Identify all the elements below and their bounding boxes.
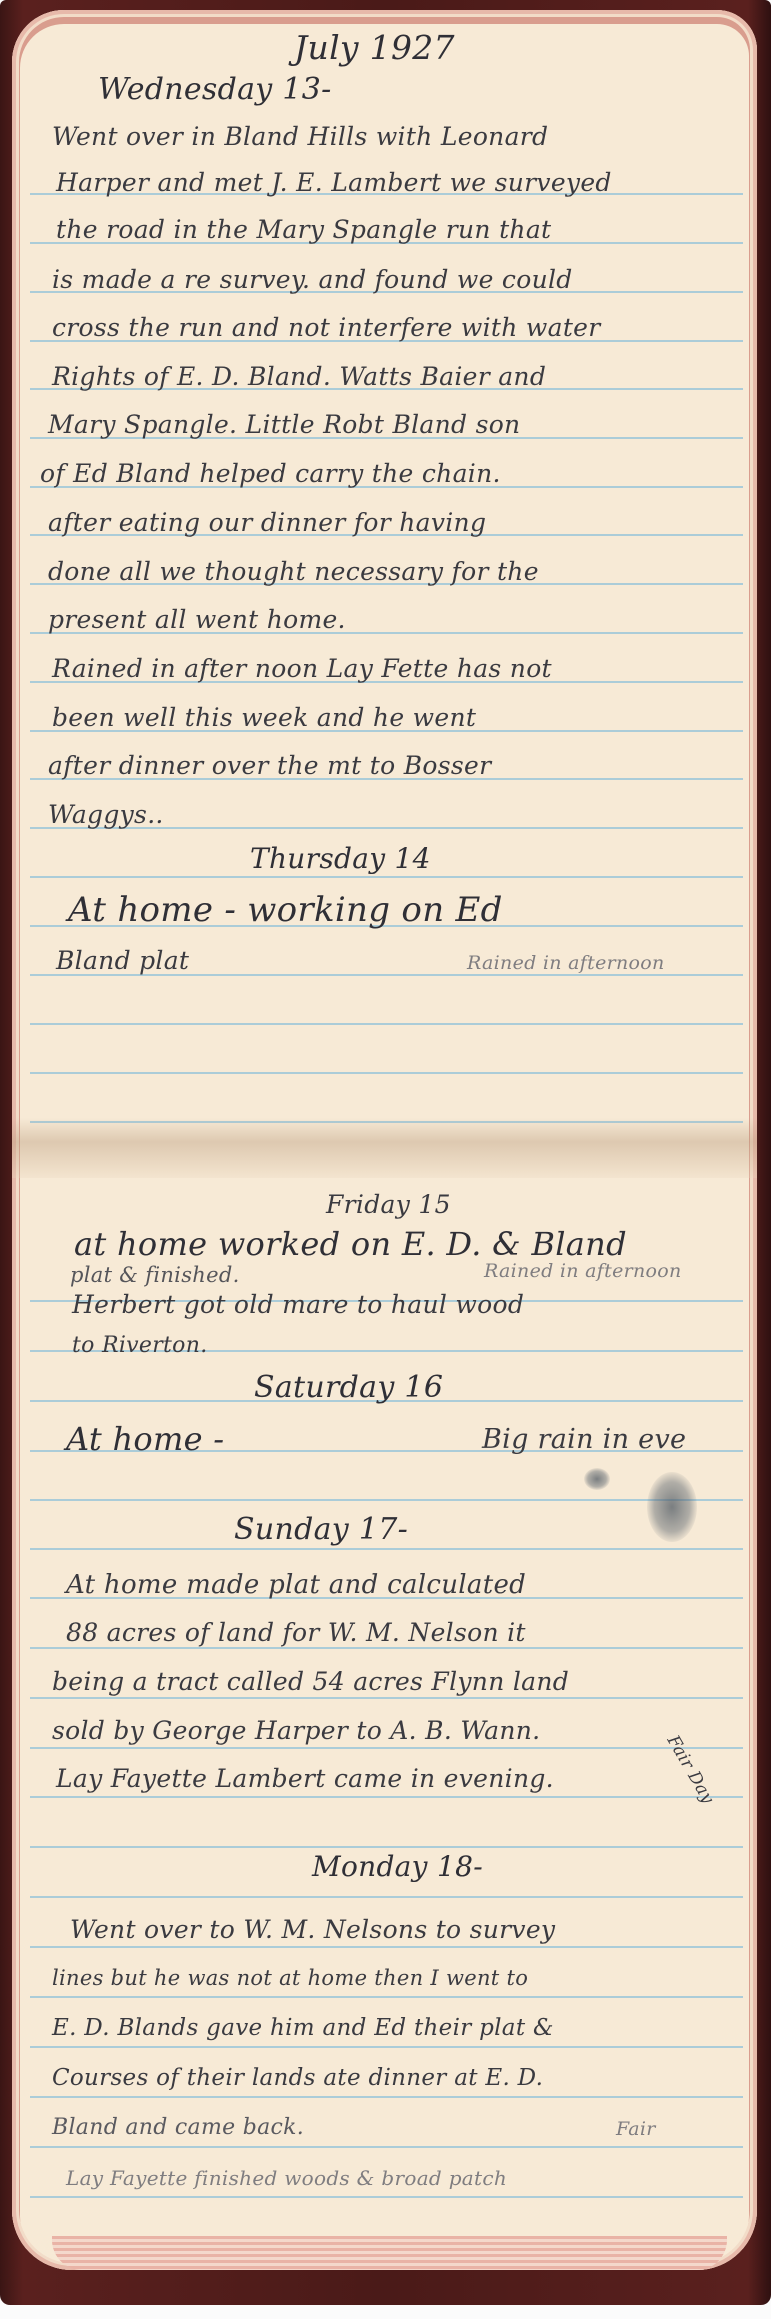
rule-line [30, 1747, 743, 1749]
rule-line [30, 1023, 743, 1025]
entry-line: Bland and came back. [52, 2115, 304, 2140]
entry-line: is made a re survey. and found we could [52, 265, 573, 294]
entry-line: Rights of E. D. Bland. Watts Baier and [52, 362, 546, 391]
rule-line [30, 1499, 743, 1501]
entry-line: being a tract called 54 acres Flynn land [52, 1667, 569, 1696]
entry-day-heading: Thursday 14 [250, 842, 431, 875]
rule-line [30, 1996, 743, 1998]
entry-line: Waggys.. [48, 800, 164, 829]
weather-note: Rained in afternoon [467, 952, 665, 974]
entry-line: Harper and met J. E. Lambert we surveyed [56, 168, 612, 197]
entry-line: been well this week and he went [52, 703, 476, 732]
entry-line: Mary Spangle. Little Robt Bland son [48, 410, 520, 439]
entry-line: Courses of their lands ate dinner at E. … [52, 2065, 543, 2091]
entry-line: Went over to W. M. Nelsons to survey [70, 1915, 555, 1944]
entry-line: At home - [66, 1420, 224, 1458]
rule-line [30, 1796, 743, 1798]
entry-line: after eating our dinner for having [48, 508, 486, 537]
entry-day-heading: Wednesday 13- [98, 72, 332, 107]
diary-page: July 1927 Wednesday 13- Went over in Bla… [12, 10, 757, 2270]
rule-line [30, 1946, 743, 1948]
entry-line: Went over in Bland Hills with Leonard [52, 122, 548, 151]
rule-line [30, 1846, 743, 1848]
entry-line: to Riverton. [72, 1333, 208, 1358]
rule-line [30, 1647, 743, 1649]
ink-blot [584, 1468, 610, 1490]
entry-line: lines but he was not at home then I went… [52, 1966, 528, 1990]
entry-line: 88 acres of land for W. M. Nelson it [66, 1618, 526, 1647]
rule-line [30, 1548, 743, 1550]
entry-line: sold by George Harper to A. B. Wann. [52, 1716, 540, 1745]
entry-line: of Ed Bland helped carry the chain. [40, 459, 501, 488]
ink-blot [647, 1472, 697, 1542]
entry-line: after dinner over the mt to Bosser [48, 751, 491, 780]
rule-line [30, 2096, 743, 2098]
rule-line [30, 1072, 743, 1074]
entry-line: the road in the Mary Spangle run that [56, 215, 551, 244]
entry-line: cross the run and not interfere with wat… [52, 313, 601, 342]
entry-line: E. D. Blands gave him and Ed their plat … [52, 2015, 554, 2041]
page-gutter [12, 1118, 757, 1178]
entry-day-heading: Saturday 16 [254, 1370, 443, 1405]
weather-note: Big rain in eve [482, 1424, 686, 1455]
entry-line: At home - working on Ed [68, 890, 503, 930]
page-title: July 1927 [294, 28, 455, 67]
entry-line: Herbert got old mare to haul wood [72, 1290, 524, 1319]
entry-day-heading: Friday 15 [326, 1190, 451, 1219]
entry-line: done all we thought necessary for the [48, 557, 539, 586]
entry-line: Lay Fayette finished woods & broad patch [66, 2166, 507, 2190]
page-edges [52, 2236, 727, 2270]
rule-line [30, 1697, 743, 1699]
entry-line: plat & finished. [70, 1263, 240, 1287]
rule-line [30, 2146, 743, 2148]
rule-line [30, 876, 743, 878]
rule-line [30, 1896, 743, 1898]
rule-line [30, 2046, 743, 2048]
entry-line: Lay Fayette Lambert came in evening. [56, 1764, 554, 1793]
entry-day-heading: Monday 18- [312, 1850, 483, 1883]
rule-line [30, 2196, 743, 2198]
entry-day-heading: Sunday 17- [234, 1512, 408, 1547]
weather-note: Rained in afternoon [484, 1260, 682, 1282]
entry-line: Rained in after noon Lay Fette has not [52, 654, 552, 683]
entry-line: present all went home. [48, 605, 346, 634]
weather-note: Fair [616, 2118, 656, 2140]
entry-line: at home worked on E. D. & Bland [74, 1225, 627, 1263]
entry-line: Bland plat [56, 946, 189, 975]
entry-line: At home made plat and calculated [66, 1570, 526, 1600]
